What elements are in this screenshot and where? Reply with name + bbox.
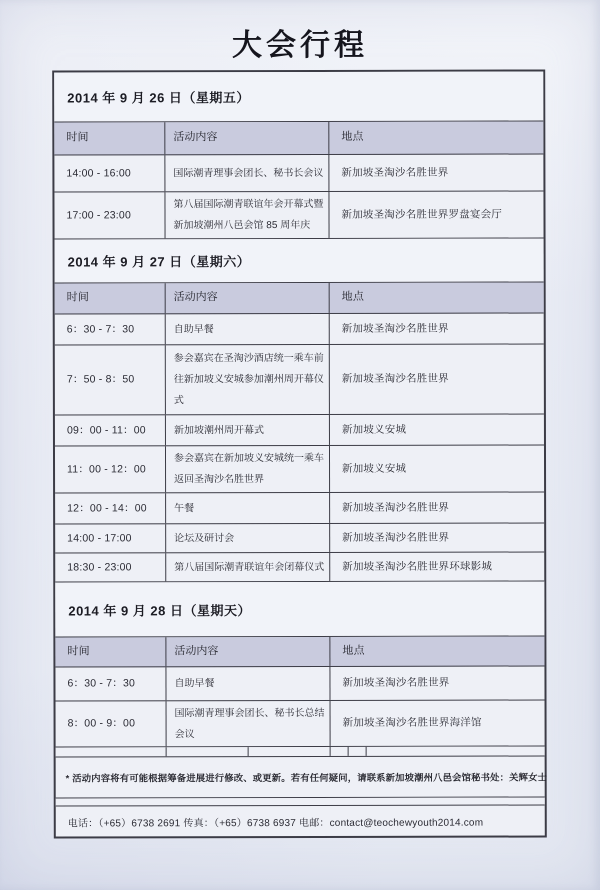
contact-line: 电话：（+65）6738 2691 传真：（+65）6738 6937 电邮：c… (56, 805, 545, 836)
location-cell: 新加坡圣淘沙名胜世界环球影城 (330, 552, 544, 580)
grid-divider (248, 747, 249, 756)
table-row: 6：30 - 7：30 自助早餐 新加坡圣淘沙名胜世界 (55, 666, 544, 701)
location-cell: 新加坡圣淘沙名胜世界 (330, 492, 544, 522)
activity-cell: 参会嘉宾在圣淘沙酒店统一乘车前往新加坡义安城参加潮州周开幕仪式 (166, 345, 330, 414)
time-cell: 6：30 - 7：30 (55, 314, 166, 344)
table-row: 11：00 - 12：00 参会嘉宾在新加坡义安城统一乘车返回圣淘沙名胜世界 新… (55, 445, 544, 493)
activity-cell: 午餐 (166, 493, 330, 523)
empty-grid-row (56, 746, 545, 757)
scanned-schedule-page: 大会行程 2014 年 9 月 26 日（星期五） 时间 活动内容 地点 14:… (0, 0, 600, 890)
section-date-header: 2014 年 9 月 27 日（星期六） (55, 238, 544, 283)
column-header-row: 时间 活动内容 地点 (54, 121, 543, 155)
grid-divider (330, 747, 331, 756)
col-header-activity: 活动内容 (166, 637, 330, 666)
activity-cell: 国际潮青理事会团长、秘书长会议 (165, 155, 329, 191)
activity-cell: 新加坡潮州周开幕式 (166, 415, 330, 445)
activity-cell: 参会嘉宾在新加坡义安城统一乘车返回圣淘沙名胜世界 (166, 446, 330, 492)
section-date-header: 2014 年 9 月 28 日（星期天） (55, 581, 544, 637)
location-cell: 新加坡圣淘沙名胜世界海洋馆 (331, 700, 545, 745)
table-row: 09：00 - 11：00 新加坡潮州周开幕式 新加坡义安城 (55, 414, 544, 446)
schedule-table: 2014 年 9 月 26 日（星期五） 时间 活动内容 地点 14:00 - … (52, 69, 547, 838)
activity-cell: 第八届国际潮青联谊年会闭幕仪式 (166, 553, 330, 581)
time-cell: 18:30 - 23:00 (55, 553, 166, 581)
col-header-activity: 活动内容 (166, 283, 330, 313)
location-cell: 新加坡义安城 (330, 414, 544, 444)
table-row: 18:30 - 23:00 第八届国际潮青联谊年会闭幕仪式 新加坡圣淘沙名胜世界… (55, 552, 544, 582)
column-header-row: 时间 活动内容 地点 (55, 636, 544, 667)
time-cell: 6：30 - 7：30 (55, 667, 166, 700)
location-cell: 新加坡圣淘沙名胜世界 (330, 523, 544, 551)
activity-cell: 第八届国际潮青联谊年会开幕式暨新加坡潮州八邑会馆 85 周年庆 (165, 192, 329, 238)
col-header-location: 地点 (330, 282, 544, 312)
grid-divider (366, 747, 367, 756)
page-title: 大会行程 (0, 20, 600, 64)
col-header-location: 地点 (330, 636, 544, 665)
activity-cell: 自助早餐 (166, 667, 330, 700)
time-cell: 8：00 - 9：00 (56, 701, 167, 746)
table-row: 14:00 - 17:00 论坛及研讨会 新加坡圣淘沙名胜世界 (55, 523, 544, 553)
time-cell: 11：00 - 12：00 (55, 446, 166, 492)
table-row: 8：00 - 9：00 国际潮青理事会团长、秘书长总结会议 新加坡圣淘沙名胜世界… (56, 700, 545, 747)
location-cell: 新加坡圣淘沙名胜世界 (330, 313, 544, 343)
column-header-row: 时间 活动内容 地点 (55, 282, 544, 314)
grid-divider (348, 747, 349, 756)
time-cell: 09：00 - 11：00 (55, 415, 166, 445)
location-cell: 新加坡义安城 (330, 445, 544, 491)
table-row: 12：00 - 14：00 午餐 新加坡圣淘沙名胜世界 (55, 492, 544, 524)
table-row: 7：50 - 8：50 参会嘉宾在圣淘沙酒店统一乘车前往新加坡义安城参加潮州周开… (55, 344, 544, 415)
location-cell: 新加坡圣淘沙名胜世界罗盘宴会厅 (329, 191, 543, 237)
col-header-location: 地点 (329, 121, 543, 153)
col-header-time: 时间 (55, 637, 166, 666)
activity-cell: 国际潮青理事会团长、秘书长总结会议 (167, 701, 331, 746)
time-cell: 14:00 - 17:00 (55, 524, 166, 552)
section-date-header: 2014 年 9 月 26 日（星期五） (54, 71, 543, 122)
table-row: 14:00 - 16:00 国际潮青理事会团长、秘书长会议 新加坡圣淘沙名胜世界 (54, 154, 543, 192)
table-row: 6：30 - 7：30 自助早餐 新加坡圣淘沙名胜世界 (55, 313, 544, 345)
table-row: 17:00 - 23:00 第八届国际潮青联谊年会开幕式暨新加坡潮州八邑会馆 8… (54, 191, 543, 239)
activity-cell: 论坛及研讨会 (166, 524, 330, 552)
col-header-time: 时间 (54, 122, 165, 154)
location-cell: 新加坡圣淘沙名胜世界 (329, 154, 543, 190)
col-header-time: 时间 (55, 283, 166, 313)
time-cell: 17:00 - 23:00 (54, 192, 165, 238)
time-cell: 7：50 - 8：50 (55, 345, 166, 414)
grid-divider (166, 747, 167, 756)
location-cell: 新加坡圣淘沙名胜世界 (330, 344, 544, 413)
activity-cell: 自助早餐 (166, 314, 330, 344)
col-header-activity: 活动内容 (165, 122, 329, 154)
footnote: * 活动内容将有可能根据筹备进展进行修改、或更新。若有任何疑问，请联系新加坡潮州… (56, 756, 545, 798)
time-cell: 14:00 - 16:00 (54, 155, 165, 191)
time-cell: 12：00 - 14：00 (55, 493, 166, 523)
location-cell: 新加坡圣淘沙名胜世界 (330, 666, 544, 699)
